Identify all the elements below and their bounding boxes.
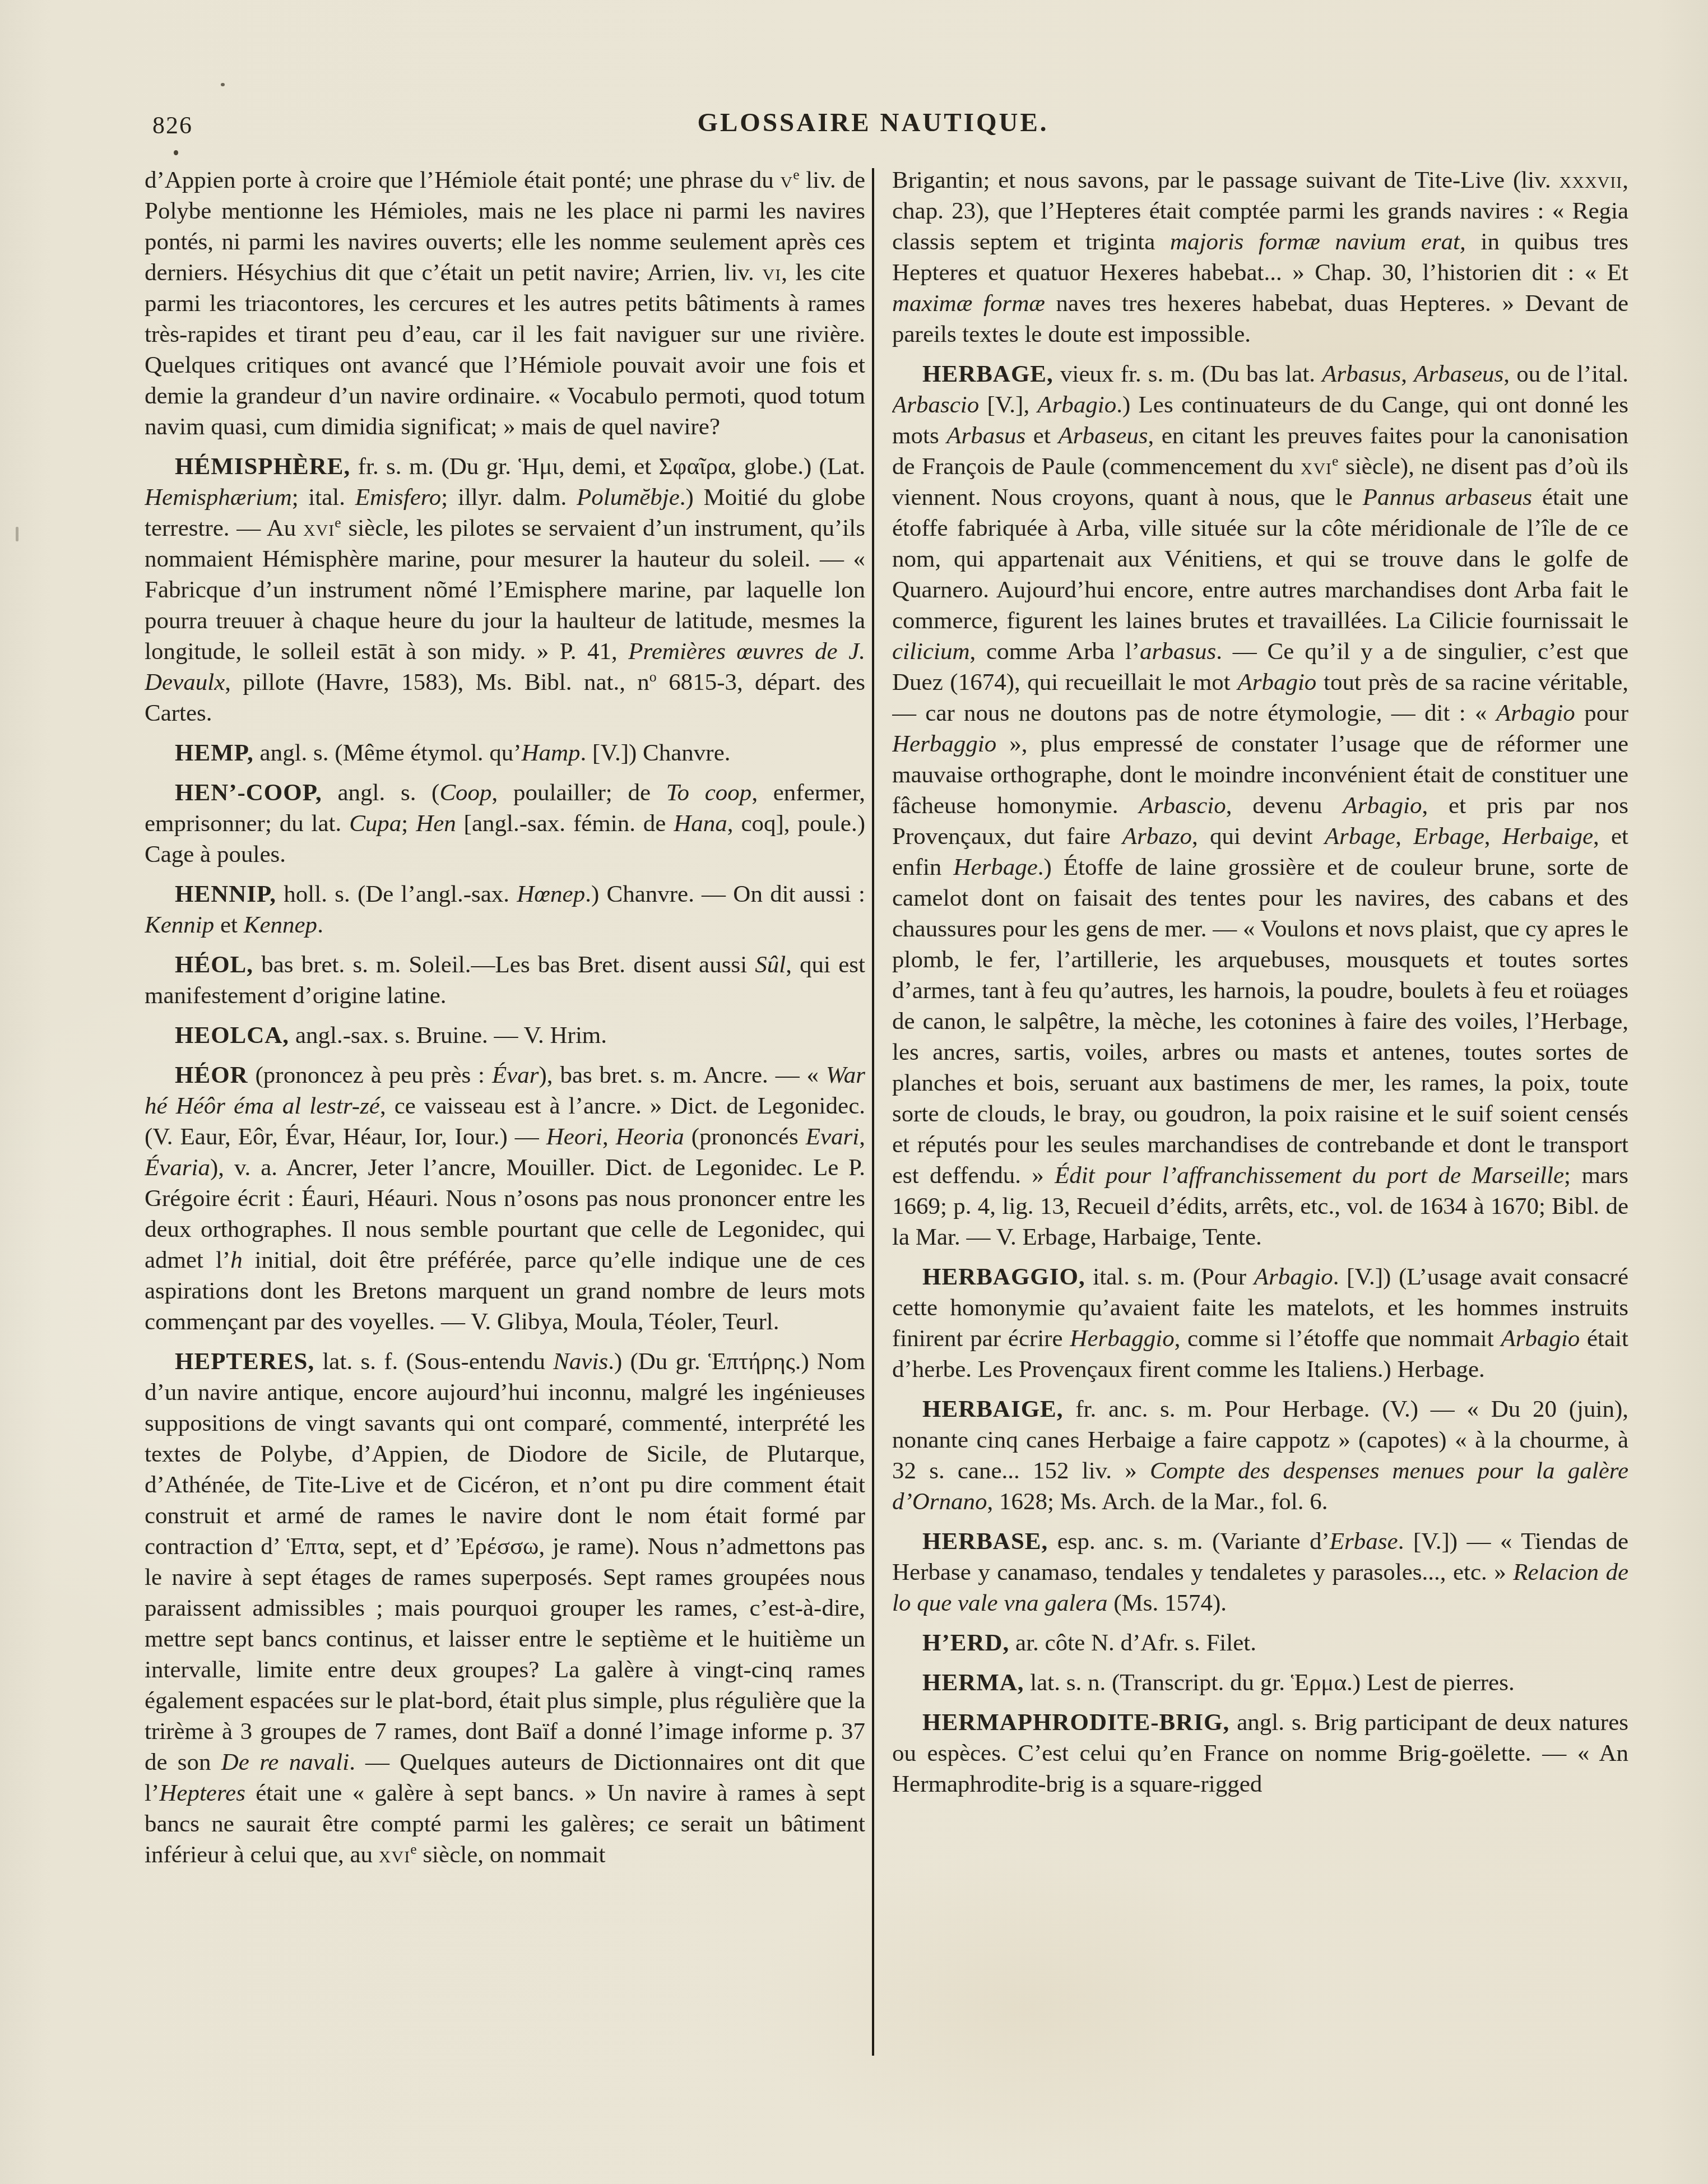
text-column-left: d’Appien porte à croire que l’Hémiole ét… — [145, 165, 865, 2066]
dictionary-entry: HENNIP, holl. s. (De l’angl.-sax. Hœnep.… — [145, 879, 865, 940]
scan-speck — [221, 83, 225, 86]
dictionary-entry: HERBASE, esp. anc. s. m. (Variante d’Erb… — [892, 1526, 1628, 1619]
column-divider-rule — [872, 168, 874, 2056]
entry-headword: HERBAGE, — [922, 361, 1053, 387]
entry-headword: HERBAIGE, — [922, 1396, 1064, 1422]
dictionary-entry: HEMP, angl. s. (Même étymol. qu’Hamp. [V… — [145, 738, 865, 768]
dictionary-entry: HERBAGGIO, ital. s. m. (Pour Arbagio. [V… — [892, 1262, 1628, 1385]
text-column-right: Brigantin; et nous savons, par le passag… — [892, 165, 1628, 2066]
dictionary-entry: HEOLCA, angl.-sax. s. Bruine. — V. Hrim. — [145, 1020, 865, 1051]
dictionary-entry: HERMAPHRODITE-BRIG, angl. s. Brig partic… — [892, 1707, 1628, 1800]
continuation-paragraph: Brigantin; et nous savons, par le passag… — [892, 165, 1628, 350]
entry-headword: HEN’-COOP, — [175, 780, 322, 806]
entry-headword: HERBASE, — [922, 1528, 1048, 1555]
scanned-dictionary-page: 826 GLOSSAIRE NAUTIQUE. d’Appien porte à… — [0, 0, 1708, 2184]
dictionary-entry: HÉMISPHÈRE, fr. s. m. (Du gr. Ἡμι, demi,… — [145, 451, 865, 729]
entry-headword: HERBAGGIO, — [922, 1264, 1085, 1290]
entry-headword: HÉMISPHÈRE, — [175, 453, 350, 480]
scan-speck — [16, 527, 18, 541]
scan-speck — [174, 150, 178, 155]
dictionary-entry: HÉOR (prononcez à peu près : Évar), bas … — [145, 1060, 865, 1337]
entry-headword: HEPTERES, — [175, 1348, 314, 1375]
dictionary-entry: HEPTERES, lat. s. f. (Sous-entendu Navis… — [145, 1346, 865, 1870]
entry-headword: HEMP, — [175, 740, 254, 766]
entry-headword: HÉOL, — [175, 952, 253, 978]
dictionary-entry: HÉOL, bas bret. s. m. Soleil.—Les bas Br… — [145, 949, 865, 1011]
dictionary-entry: HEN’-COOP, angl. s. (Coop, poulailler; d… — [145, 777, 865, 870]
page-title: GLOSSAIRE NAUTIQUE. — [19, 108, 1708, 138]
entry-headword: HERMAPHRODITE-BRIG, — [922, 1709, 1229, 1736]
entry-headword: HENNIP, — [175, 881, 276, 907]
dictionary-entry: HERBAIGE, fr. anc. s. m. Pour Herbage. (… — [892, 1394, 1628, 1517]
entry-headword: HEOLCA, — [175, 1022, 289, 1049]
entry-headword: HERMA, — [922, 1670, 1024, 1696]
dictionary-entry: HERMA, lat. s. n. (Transcript. du gr. Ἑρ… — [892, 1667, 1628, 1698]
entry-headword: H’ERD, — [922, 1630, 1009, 1656]
dictionary-entry: HERBAGE, vieux fr. s. m. (Du bas lat. Ar… — [892, 359, 1628, 1253]
continuation-paragraph: d’Appien porte à croire que l’Hémiole ét… — [145, 165, 865, 442]
dictionary-entry: H’ERD, ar. côte N. d’Afr. s. Filet. — [892, 1627, 1628, 1658]
entry-headword: HÉOR — [175, 1062, 248, 1088]
